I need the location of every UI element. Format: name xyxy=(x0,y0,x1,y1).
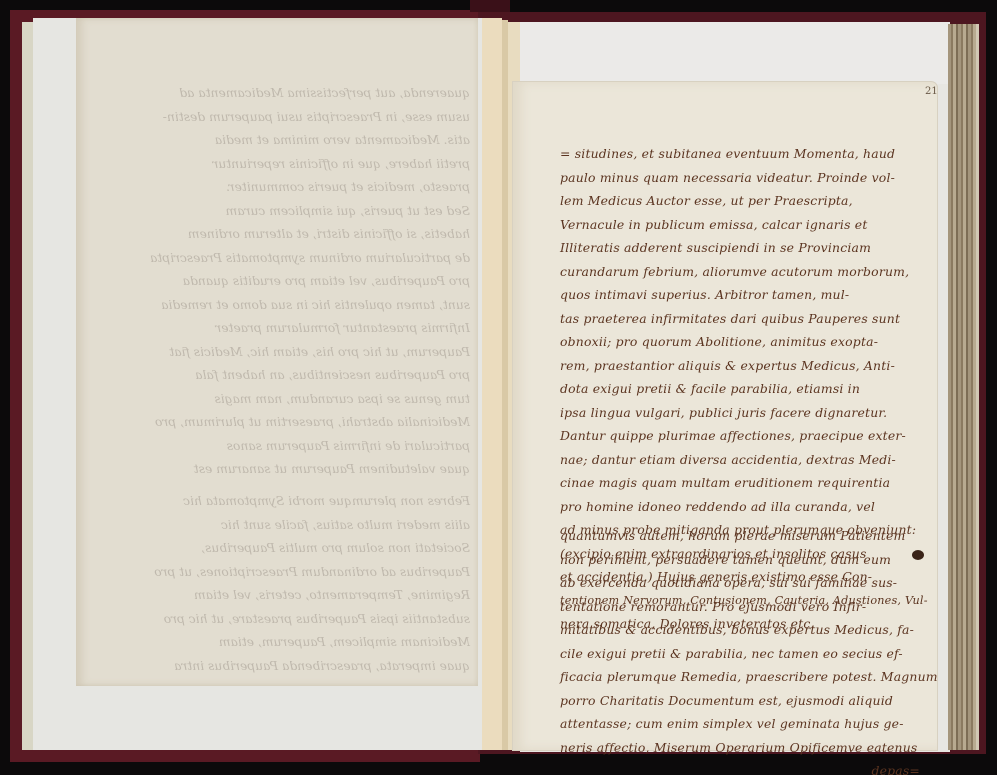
show-through-line: quaerenda, aut perfectissima Medicamenta… xyxy=(90,82,470,106)
flyleaf-right-top xyxy=(520,22,950,84)
show-through-line: aliis mederi multo satius, facile sunt h… xyxy=(90,514,470,538)
manuscript-line: Dantur quippe plurimae affectiones, prae… xyxy=(560,424,930,448)
show-through-line: Sed est ut pueris, qui simplicem curam xyxy=(90,200,470,224)
folio-number: 21 xyxy=(925,86,938,97)
show-through-line: atis. Medicamenta vero minima et media xyxy=(90,129,470,153)
manuscript-line: tas praeterea infirmitates dari quibus P… xyxy=(560,307,930,331)
show-through-line: pretii habere, que in officinis reperiun… xyxy=(90,153,470,177)
manuscript-line: = situdines, et subitanea eventuum Momen… xyxy=(560,142,930,166)
manuscript-line: pro homine idoneo reddendo ad illa curan… xyxy=(560,495,930,519)
manuscript-line: rem, praestantior aliquis & expertus Med… xyxy=(560,354,930,378)
manuscript-line: quos intimavi superius. Arbitror tamen, … xyxy=(560,283,930,307)
show-through-line: Societati non solum pro multis Pauperibu… xyxy=(90,537,470,561)
manuscript-line: non periment, persuadere tamen queunt, d… xyxy=(560,548,930,572)
manuscript-line: Vernacule in publicum emissa, calcar ign… xyxy=(560,213,930,237)
manuscript-line: mitatibus & accidentibus, bonus expertus… xyxy=(560,618,930,642)
manuscript-line: curandarum febrium, aliorumve acutorum m… xyxy=(560,260,930,284)
show-through-line: substantiis ipsis Pauperibus praestare, … xyxy=(90,608,470,632)
manuscript-paragraph-2: quantumvis autem, horum plerae miserum P… xyxy=(560,524,930,775)
show-through-text-block-2: Febres non plerumque morbi Symptomata hi… xyxy=(90,490,470,678)
manuscript-line: lem Medicus Auctor esse, ut per Praescri… xyxy=(560,189,930,213)
show-through-line: praesto, medicis et pueris communiter. xyxy=(90,176,470,200)
text-block-fore-edge xyxy=(948,24,978,750)
manuscript-line: ipsa lingua vulgari, publici juris facer… xyxy=(560,401,930,425)
show-through-line: sunt, tamen opulentis hic in sua domo et… xyxy=(90,294,470,318)
show-through-line: Medicinam simplicem, Pauperum, etiam xyxy=(90,631,470,655)
binding-spine-top xyxy=(470,0,510,12)
show-through-line: Medicinalia abstrahi, praesertim ut plur… xyxy=(90,411,470,435)
manuscript-line: neris affectio, Miserum Operarium Opific… xyxy=(560,736,930,760)
show-through-line: Infirmis praestantur formularum praeter xyxy=(90,317,470,341)
show-through-line: particulari de infirmis Pauperum sanos xyxy=(90,435,470,459)
catchword: depas= xyxy=(560,759,930,775)
show-through-text-block-1: quaerenda, aut perfectissima Medicamenta… xyxy=(90,82,470,482)
manuscript-line: tentatione remorantur. Pro ejusmodi vero… xyxy=(560,595,930,619)
ink-blot xyxy=(912,550,924,560)
show-through-line: Regimine, Temperamento, ceteris, vel eti… xyxy=(90,584,470,608)
manuscript-line: attentasse; cum enim simplex vel geminat… xyxy=(560,712,930,736)
fore-edge-highlight xyxy=(976,24,979,750)
manuscript-line: paulo minus quam necessaria videatur. Pr… xyxy=(560,166,930,190)
manuscript-line: dota exigui pretii & facile parabilia, e… xyxy=(560,377,930,401)
show-through-line: pro Pauperibus nescientibus, an habent f… xyxy=(90,364,470,388)
show-through-line: quae imperata, praescribenda Pauperibus … xyxy=(90,655,470,679)
manuscript-line: ab exercenda quotidiana opera, sui sui f… xyxy=(560,571,930,595)
show-through-line: pro Pauperibus, vel etiam pro eruditis q… xyxy=(90,270,470,294)
show-through-line: tum genus se ipsa curandum, nam magis xyxy=(90,388,470,412)
manuscript-line: porro Charitatis Documentum est, ejusmod… xyxy=(560,689,930,713)
show-through-line: de particularium ordinum symptomatis Pra… xyxy=(90,247,470,271)
show-through-line: habetis, si officinis distri, et alterum… xyxy=(90,223,470,247)
show-through-line: Pauperibus ad ordinandum Praescriptiones… xyxy=(90,561,470,585)
manuscript-line: ficacia plerumque Remedia, praescribere … xyxy=(560,665,930,689)
manuscript-line: obnoxii; pro quorum Abolitione, animitus… xyxy=(560,330,930,354)
manuscript-line: cinae magis quam multam eruditionem requ… xyxy=(560,471,930,495)
show-through-line: quae valetudinem Pauperum ut sanarum est xyxy=(90,458,470,482)
gutter-guard-strip xyxy=(482,18,502,750)
manuscript-line: Illiteratis adderent suscipiendi in se P… xyxy=(560,236,930,260)
manuscript-line: cile exigui pretii & parabilia, nec tame… xyxy=(560,642,930,666)
show-through-line: Febres non plerumque morbi Symptomata hi… xyxy=(90,490,470,514)
show-through-line: usum esse, in Praescriptis usui pauperum… xyxy=(90,106,470,130)
show-through-line: Pauperum, ut hic pro his, etiam hic, Med… xyxy=(90,341,470,365)
manuscript-line: quantumvis autem, horum plerae miserum P… xyxy=(560,524,930,548)
manuscript-line: nae; dantur etiam diversa accidentia, de… xyxy=(560,448,930,472)
